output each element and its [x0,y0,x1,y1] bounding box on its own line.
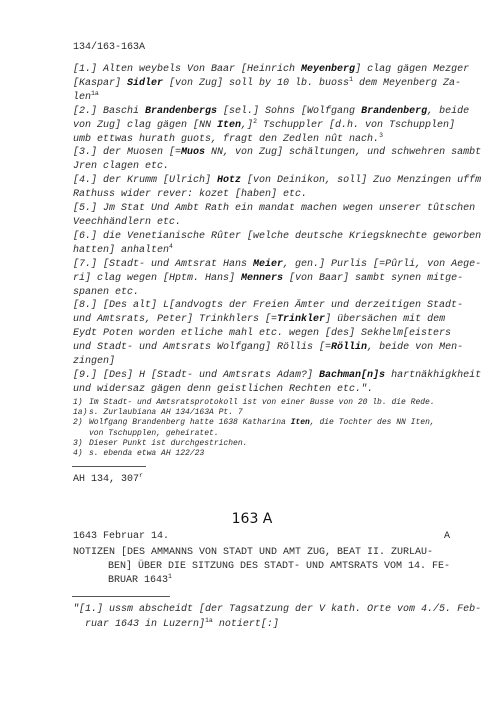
bold-name: Bachman[n]s [319,370,385,381]
bold-name: Röllin [331,342,367,353]
list-item: [6.] die Venetianische Rûter [welche deu… [73,230,453,258]
bold-name: Muos [181,147,205,158]
text-run: hatten] anhalten [73,245,169,256]
bold-name: Iten [291,418,310,427]
text-line: [8.] [Des alt] L[andvogts der Freien Ämt… [85,299,453,313]
text-run: , gen.] Purlis [=Pûrli, von Aege- [283,259,481,270]
footnote-number: 1a) [73,408,89,418]
title-line: BRUAR 16431 [73,574,450,588]
text-run: [5.] Jm Stat Und Ambt Rath ein mandat ma… [73,203,475,214]
footnote-number [73,429,89,439]
text-run: [von Deinikon, soll] Zuo Menzingen uffm [241,175,481,186]
footnote-number: 4) [73,449,89,459]
source-sup: r [139,472,143,479]
text-line: spanen etc. [85,286,453,300]
text-line: [3.] der Muosen [=Muos NN, von Zug] schä… [85,146,453,160]
text-run: Dieser Punkt ist durchgestrichen. [89,439,247,448]
footnote: 1)Im Stadt- und Amtsratsprotokoll ist vo… [73,398,435,408]
footnote-text: s. ebenda etwa AH 122/23 [89,449,204,459]
text-run: umb ettwas hurath guots, fragt den Zedle… [73,134,379,145]
list-item: [1.] Alten weybels Von Baar [Heinrich Me… [73,63,453,105]
text-run: NN, von Zug] schältungen, und schwehren … [205,147,481,158]
document-marker: A [444,531,450,543]
footnote-text: von Tschupplen, geheiratet. [89,429,219,439]
text-run: von Zug] clag gägen [NN [73,120,217,131]
text-line: und Amtsrats, Peter] Trinkhlers [=Trinkl… [85,313,453,327]
text-run: "[1.] ussm abscheidt [der Tagsatzung der… [73,604,481,615]
document-number: 163 A [0,511,504,527]
text-line: [5.] Jm Stat Und Ambt Rath ein mandat ma… [85,202,453,216]
text-line: [Kaspar] Sidler [von Zug] soll by 10 lb.… [85,77,453,91]
page-reference: 134/163-163A [73,42,145,54]
text-run: spanen etc. [73,287,139,298]
text-line: und Stadt- und Amtsrats Wolfgang] Röllis… [85,341,453,355]
text-line: ri] clag wegen [Hptm. Hans] Menners [von… [85,272,453,286]
text-line: Eydt Poten worden etliche mahl etc. wege… [85,327,453,341]
text-run: Rathuss wider rever: kozet [haben] etc. [73,189,307,200]
footnote: 4)s. ebenda etwa AH 122/23 [73,449,435,459]
footnote-ref: 1a [205,617,213,624]
text-line: "[1.] ussm abscheidt [der Tagsatzung der… [73,603,481,618]
text-run: ri] clag wegen [Hptm. Hans] [73,273,241,284]
document-text: "[1.] ussm abscheidt [der Tagsatzung der… [73,603,481,632]
footnote-text: Dieser Punkt ist durchgestrichen. [89,439,247,449]
text-line: ruar 1643 in Luzern]1a notiert[:] [73,618,481,633]
text-line: und widersaz gägen denn geistlichen Rech… [85,383,453,397]
text-line: [7.] [Stadt- und Amtsrat Hans Meier, gen… [85,258,453,272]
text-run: Im Stadt- und Amtsratsprotokoll ist von … [89,398,435,407]
text-run: von Tschupplen, geheiratet. [89,429,219,438]
text-line: [9.] [Des] H [Stadt- und Amtsrats Adam?]… [85,369,453,383]
text-run: , die Tochter des NN Iten, [310,418,435,427]
title-line: NOTIZEN [DES AMMANNS VON STADT UND AMT Z… [73,546,450,560]
bold-name: Trinkler [277,314,325,325]
footnote: von Tschupplen, geheiratet. [73,429,435,439]
footnote-ref: 3 [379,132,383,139]
footnote: 1a)s. Zurlaubiana AH 134/163A Pt. 7 [73,408,435,418]
text-run: [3.] der Muosen [= [73,147,181,158]
bold-name: Meier [253,259,283,270]
footnote-number: 3) [73,439,89,449]
title-line: BEN] ÜBER DIE SITZUNG DES STADT- UND AMT… [73,560,450,574]
text-run: [sel.] Sohns [Wolfgang [217,106,361,117]
text-run: [Kaspar] [73,78,127,89]
list-item: [8.] [Des alt] L[andvogts der Freien Ämt… [73,299,453,369]
document-date-line: 1643 Februar 14. A [73,531,450,543]
text-run: und Amtsrats, Peter] Trinkhlers [= [73,314,277,325]
text-run: [6.] die Venetianische Rûter [welche deu… [73,231,481,242]
source-text: AH 134, 307 [73,474,139,485]
text-run: Tschuppler [d.h. von Tschupplen] [257,120,455,131]
text-run: hartnäkhigkheit [385,370,481,381]
footnotes: 1)Im Stadt- und Amtsratsprotokoll ist vo… [73,398,435,459]
footnote-text: Im Stadt- und Amtsratsprotokoll ist von … [89,398,435,408]
text-run: Jren clagen etc. [73,161,169,172]
list-item: [3.] der Muosen [=Muos NN, von Zug] schä… [73,146,453,174]
text-run: [von Zug] soll by 10 lb. buoss [163,78,349,89]
text-run: [8.] [Des alt] L[andvogts der Freien Ämt… [73,300,463,311]
text-run: notiert[:] [213,619,279,630]
footnote-divider [72,466,146,467]
footnote-number: 1) [73,398,89,408]
text-run: Wolfgang Brandenberg hatte 1638 Katharin… [89,418,291,427]
text-run: [2.] Baschi [73,106,145,117]
bold-name: Hotz [217,175,241,186]
text-run: , beide von Men- [367,342,463,353]
list-item: [4.] der Krumm [Ulrich] Hotz [von Deinik… [73,174,453,202]
text-line: Veechhändlern etc. [85,216,453,230]
text-run: Veechhändlern etc. [73,217,181,228]
bold-name: Brandenberg [361,106,427,117]
title-footnote-ref: 1 [168,573,172,580]
text-run: ] clag gägen Mezger [355,64,469,75]
text-run: und widersaz gägen denn geistlichen Rech… [73,384,373,395]
text-run: ,] [241,120,253,131]
text-run: s. ebenda etwa AH 122/23 [89,449,204,458]
text-run: und Stadt- und Amtsrats Wolfgang] Röllis… [73,342,331,353]
text-run: len [73,92,91,103]
text-run: ] übersächen mit dem [325,314,445,325]
footnote: 3)Dieser Punkt ist durchgestrichen. [73,439,435,449]
document-title: NOTIZEN [DES AMMANNS VON STADT UND AMT Z… [73,546,450,588]
text-line: umb ettwas hurath guots, fragt den Zedle… [85,133,453,147]
text-run: zingen] [73,356,115,367]
text-run: [von Baar] sambt synen mitge- [283,273,463,284]
text-line: zingen] [85,355,453,369]
bold-name: Brandenbergs [145,106,217,117]
text-run: ruar 1643 in Luzern] [85,619,205,630]
text-run: [4.] der Krumm [Ulrich] [73,175,217,186]
bold-name: Meyenberg [301,64,355,75]
text-run: s. Zurlaubiana AH 134/163A Pt. 7 [89,408,243,417]
footnote-ref: 1a [91,90,99,97]
text-line: [2.] Baschi Brandenbergs [sel.] Sohns [W… [85,105,453,119]
list-item: [7.] [Stadt- und Amtsrat Hans Meier, gen… [73,258,453,300]
text-run: [7.] [Stadt- und Amtsrat Hans [73,259,253,270]
text-line: len1a [85,91,453,105]
text-line: [1.] Alten weybels Von Baar [Heinrich Me… [85,63,453,77]
list-item: [5.] Jm Stat Und Ambt Rath ein mandat ma… [73,202,453,230]
footnote-number: 2) [73,418,89,428]
text-line: von Zug] clag gägen [NN Iten,]2 Tschuppl… [85,119,453,133]
footnote-text: Wolfgang Brandenberg hatte 1638 Katharin… [89,418,435,428]
footnote-text: s. Zurlaubiana AH 134/163A Pt. 7 [89,408,243,418]
text-run: [1.] Alten weybels Von Baar [Heinrich [73,64,301,75]
footnote-ref: 4 [169,243,173,250]
title-divider [72,596,170,597]
text-run: , beide [427,106,469,117]
footnote: 2)Wolfgang Brandenberg hatte 1638 Kathar… [73,418,435,428]
text-run: dem Meyenberg Za- [353,78,461,89]
list-item: [9.] [Des] H [Stadt- und Amtsrats Adam?]… [73,369,453,397]
list-item: [2.] Baschi Brandenbergs [sel.] Sohns [W… [73,105,453,147]
source-reference: AH 134, 307r [73,474,143,486]
notes-list: [1.] Alten weybels Von Baar [Heinrich Me… [73,63,453,397]
bold-name: Iten [217,120,241,131]
bold-name: Sidler [127,78,163,89]
text-line: hatten] anhalten4 [85,244,453,258]
bold-name: Menners [241,273,283,284]
text-run: [9.] [Des] H [Stadt- und Amtsrats Adam?] [73,370,319,381]
text-line: [4.] der Krumm [Ulrich] Hotz [von Deinik… [85,174,453,188]
text-line: Jren clagen etc. [85,160,453,174]
text-run: Eydt Poten worden etliche mahl etc. wege… [73,328,451,339]
text-line: Rathuss wider rever: kozet [haben] etc. [85,188,453,202]
document-date: 1643 Februar 14. [73,531,169,543]
text-line: [6.] die Venetianische Rûter [welche deu… [85,230,453,244]
